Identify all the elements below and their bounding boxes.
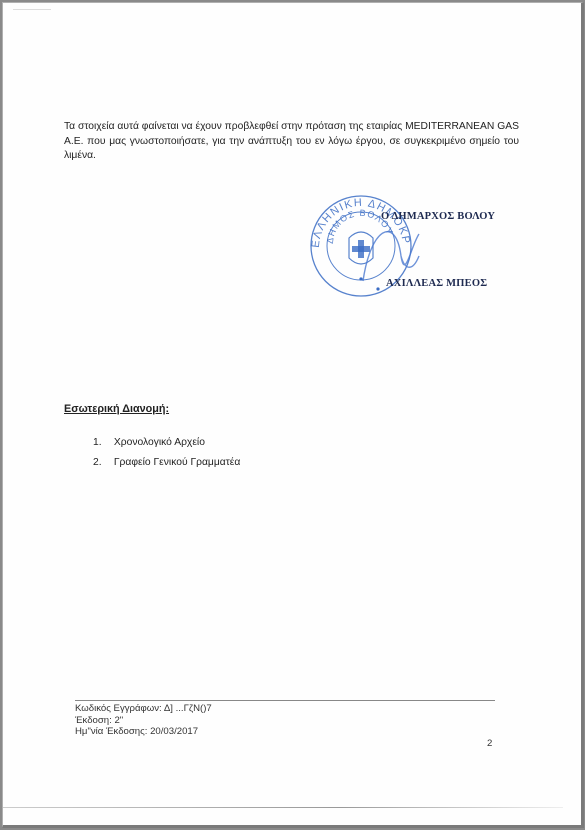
scan-mark: [13, 9, 51, 10]
body-paragraph: Τα στοιχεία αυτά φαίνεται να έχουν προβλ…: [64, 120, 519, 164]
footer-edition: Έκδοση: 2": [75, 715, 212, 727]
list-item-number: 1.: [93, 436, 111, 450]
signature-name: ΑΧΙΛΛΕΑΣ ΜΠΕΟΣ: [386, 278, 487, 289]
list-item: 1. Χρονολογικό Αρχείο: [93, 436, 240, 456]
list-item-label: Γραφείο Γενικού Γραμματέα: [114, 457, 240, 468]
document-footer: Κωδικός Εγγράφων: Δ] ...ΓζΝ()7 Έκδοση: 2…: [75, 703, 212, 738]
footer-divider: [75, 700, 495, 701]
document-page: Τα στοιχεία αυτά φαίνεται να έχουν προβλ…: [2, 2, 584, 828]
distribution-heading: Εσωτερική Διανομή:: [64, 403, 169, 415]
list-item-number: 2.: [93, 456, 111, 470]
distribution-list: 1. Χρονολογικό Αρχείο 2. Γραφείο Γενικού…: [93, 436, 240, 476]
page-number: 2: [487, 738, 492, 749]
list-item: 2. Γραφείο Γενικού Γραμματέα: [93, 456, 240, 476]
signature-title: Ο ΔΗΜΑΡΧΟΣ ΒΟΛΟΥ: [381, 211, 495, 222]
footer-document-code: Κωδικός Εγγράφων: Δ] ...ΓζΝ()7: [75, 703, 212, 715]
list-item-label: Χρονολογικό Αρχείο: [114, 437, 205, 448]
footer-issue-date: Ημ"νία Έκδοσης: 20/03/2017: [75, 726, 212, 738]
page-bottom-edge: [3, 807, 563, 808]
